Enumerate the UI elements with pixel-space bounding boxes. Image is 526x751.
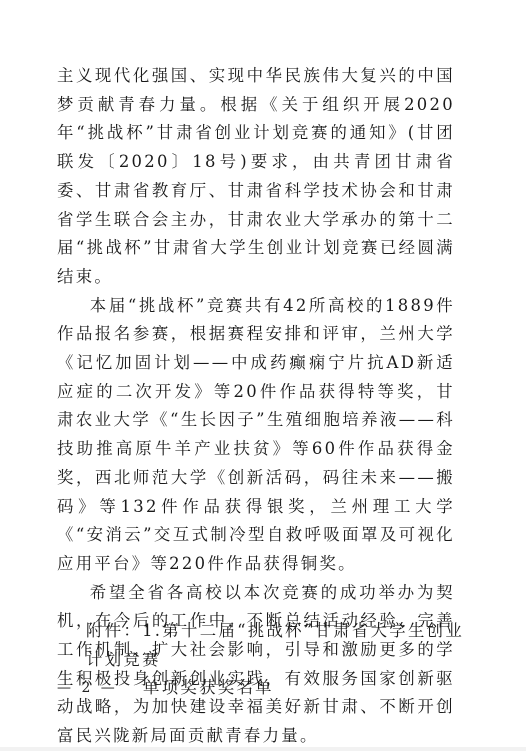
attachment-line-1: 附件：1.第十二届“挑战杯”甘肃省大学生创业计划竞赛 [86,617,466,674]
attachment-line-2: 单项奖获奖名单 [86,674,466,703]
document-page: 主义现代化强国、实现中华民族伟大复兴的中国梦贡献青春力量。根据《关于组织开展20… [0,0,526,747]
page-number: — 2 — [57,680,118,696]
attachment-note: 附件：1.第十二届“挑战杯”甘肃省大学生创业计划竞赛 单项奖获奖名单 [86,617,466,703]
paragraph-results: 本届“挑战杯”竞赛共有42所高校的1889件作品报名参赛，根据赛程安排和评审，兰… [57,292,455,579]
paragraph-intro: 主义现代化强国、实现中华民族伟大复兴的中国梦贡献青春力量。根据《关于组织开展20… [57,62,455,292]
